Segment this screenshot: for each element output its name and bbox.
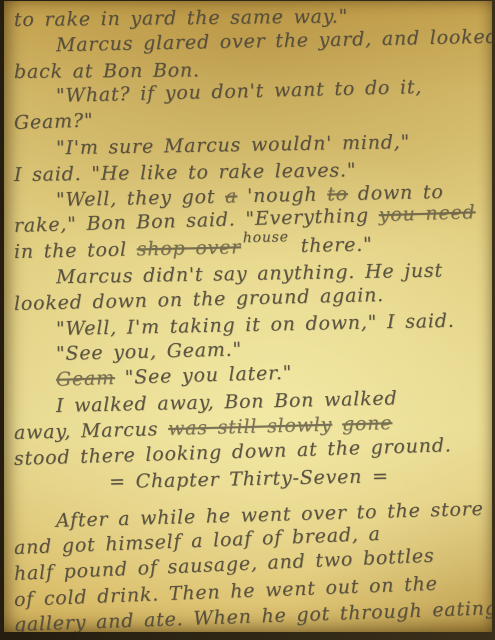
manuscript-paper: to rake in yard the same way."Marcus gla… — [4, 1, 492, 632]
word-segment: "See you later." — [115, 362, 293, 389]
word-segment: away, Marcus — [14, 418, 169, 444]
word-segment: Geam?" — [14, 110, 94, 134]
word-segment: there." — [291, 234, 373, 258]
word-segment: in the tool — [14, 239, 137, 264]
strikethrough-segment: shop over — [136, 236, 241, 260]
manuscript-text: to rake in yard the same way."Marcus gla… — [4, 1, 492, 632]
word-segment: "See you, Geam." — [56, 339, 243, 366]
word-segment: 'nough — [237, 183, 327, 207]
word-segment: back at Bon Bon. — [14, 59, 200, 83]
word-segment: I said. "He like to rake leaves." — [14, 159, 357, 186]
word-segment: "I'm sure Marcus wouldn' mind," — [56, 131, 411, 159]
strikethrough-segment: you need — [378, 202, 475, 227]
strikethrough-segment: gone — [342, 412, 393, 435]
word-segment: "Well, they got — [56, 185, 226, 211]
inserted-word: house — [243, 231, 289, 244]
word-segment: to rake in yard the same way." — [14, 6, 348, 31]
word-segment: = Chapter Thirty-Seven = — [109, 465, 389, 493]
strikethrough-segment: was still slowly — [168, 413, 333, 439]
photo-frame: to rake in yard the same way."Marcus gla… — [0, 0, 495, 640]
strikethrough-segment: Geam — [56, 367, 116, 391]
strikethrough-segment: a — [225, 185, 238, 207]
strikethrough-segment: to — [327, 183, 348, 205]
